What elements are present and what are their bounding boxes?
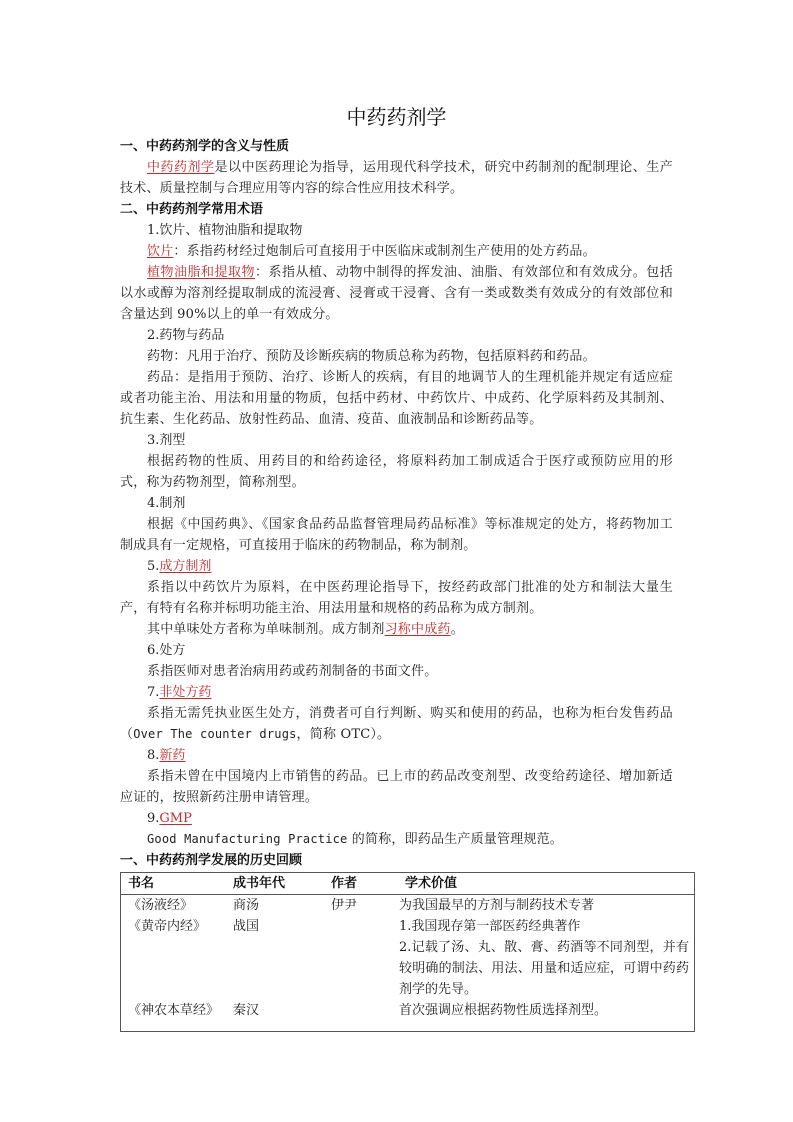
- table-row: 《黄帝内经》 战国 1.我国现存第一部医药经典著作 2.记载了汤、丸、散、膏、药…: [121, 916, 694, 1000]
- term-paragraph: 系指未曾在中国境内上市销售的药品。已上市的药品改变剂型、改变给药途径、增加新适应…: [120, 766, 673, 808]
- section-heading-definition: 一、中药药剂学的含义与性质: [120, 136, 673, 157]
- header-era: 成书年代: [233, 873, 331, 894]
- term-link[interactable]: 习称中成药: [385, 622, 451, 637]
- table-row: 《汤液经》 商汤 伊尹 为我国最早的方剂与制药技术专著: [121, 895, 694, 916]
- term-link[interactable]: 新药: [159, 748, 185, 763]
- term-paragraph: 系指以中药饮片为原料，在中医药理论指导下，按经药政部门批准的处方和制法大量生产，…: [120, 577, 673, 619]
- term-paragraph: Good Manufacturing Practice 的简称，即药品生产质量管…: [120, 829, 673, 850]
- document-body: 一、中药药剂学的含义与性质 中药药剂学是以中医药理论为指导，运用现代科学技术，研…: [120, 136, 673, 871]
- document-page: 中药药剂学 一、中药药剂学的含义与性质 中药药剂学是以中医药理论为指导，运用现代…: [120, 100, 697, 1032]
- term-link[interactable]: 成方制剂: [159, 559, 211, 574]
- term-paragraph: 其中单味处方者称为单味制剂。成方制剂习称中成药。: [120, 619, 673, 640]
- term-link[interactable]: 饮片: [147, 244, 173, 259]
- term-item-6: 6.处方: [120, 640, 673, 661]
- term-item-9: 9.GMP: [120, 808, 673, 829]
- definition-paragraph: 中药药剂学是以中医药理论为指导，运用现代科学技术，研究中药制剂的配制理论、生产技…: [120, 157, 673, 199]
- term-paragraph: 系指医师对患者治病用药或药剂制备的书面文件。: [120, 661, 673, 682]
- term-item-4: 4.制剂: [120, 493, 673, 514]
- term-paragraph: 药物：凡用于治疗、预防及诊断疾病的物质总称为药物，包括原料药和药品。: [120, 346, 673, 367]
- history-table: 书名 成书年代 作者 学术价值 《汤液经》 商汤 伊尹 为我国最早的方剂与制药技…: [120, 872, 695, 1032]
- table-header-row: 书名 成书年代 作者 学术价值: [121, 873, 694, 895]
- term-link[interactable]: 非处方药: [159, 685, 211, 700]
- term-item-1: 1.饮片、植物油脂和提取物: [120, 220, 673, 241]
- header-book: 书名: [121, 873, 233, 894]
- term-link[interactable]: 中药药剂学: [147, 160, 214, 175]
- page-title: 中药药剂学: [120, 100, 697, 134]
- term-paragraph: 系指无需凭执业医生处方，消费者可自行判断、购买和使用的药品，也称为柜台发售药品（…: [120, 703, 673, 745]
- section-heading-history: 一、中药药剂学发展的历史回顾: [120, 850, 673, 871]
- header-author: 作者: [331, 873, 399, 894]
- term-item-5: 5.成方制剂: [120, 556, 673, 577]
- term-item-8: 8.新药: [120, 745, 673, 766]
- term-item-3: 3.剂型: [120, 430, 673, 451]
- term-link[interactable]: GMP: [159, 811, 191, 826]
- term-item-7: 7.非处方药: [120, 682, 673, 703]
- term-paragraph: 饮片：系指药材经过炮制后可直接用于中医临床或制剂生产使用的处方药品。: [120, 241, 673, 262]
- section-heading-terms: 二、中药药剂学常用术语: [120, 199, 673, 220]
- table-row: 《神农本草经》 秦汉 首次强调应根据药物性质选择剂型。: [121, 1000, 694, 1021]
- term-paragraph: 根据药物的性质、用药目的和给药途径，将原料药加工制成适合于医疗或预防应用的形式，…: [120, 451, 673, 493]
- term-paragraph: 根据《中国药典》、《国家食品药品监督管理局药品标准》等标准规定的处方，将药物加工…: [120, 514, 673, 556]
- header-value: 学术价值: [399, 873, 689, 894]
- term-paragraph: 药品：是指用于预防、治疗、诊断人的疾病，有目的地调节人的生理机能并规定有适应症或…: [120, 367, 673, 430]
- term-link[interactable]: 植物油脂和提取物: [147, 265, 255, 280]
- term-item-2: 2.药物与药品: [120, 325, 673, 346]
- term-paragraph: 植物油脂和提取物：系指从植、动物中制得的挥发油、油脂、有效部位和有效成分。包括以…: [120, 262, 673, 325]
